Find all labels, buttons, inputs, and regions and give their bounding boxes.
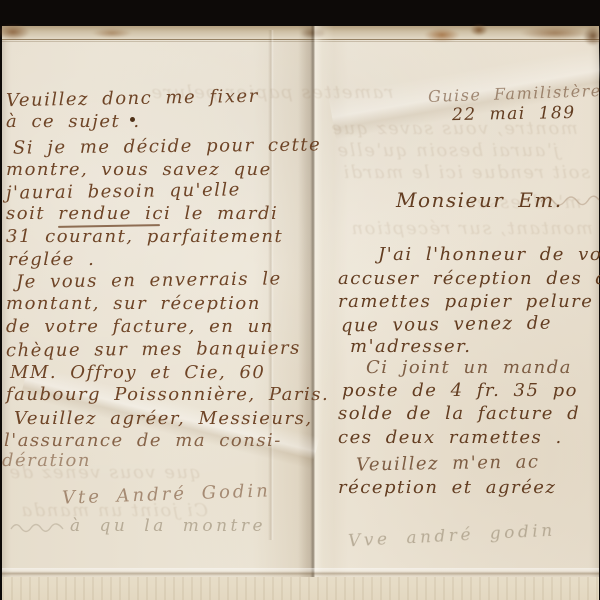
handwritten-line: que vous venez de — [341, 315, 552, 336]
handwritten-line: Veuillez m'en ac — [356, 453, 540, 474]
handwritten-line: chèque sur mes banquiers — [6, 340, 301, 361]
pencil-note: à qu la montre — [70, 516, 266, 536]
handwritten-line: J'ai l'honneur de vo — [378, 246, 600, 264]
handwritten-line: solde de la facture d — [338, 405, 580, 423]
foxing-stain — [424, 28, 460, 42]
dateline-date: 22 mai 189 — [452, 105, 576, 124]
handwritten-line: Veuillez donc me fixer — [6, 88, 259, 110]
bleed-through-line: j'aurai besoin qu'elle — [336, 140, 559, 161]
handwritten-line: Ci joint un manda — [366, 359, 572, 377]
foxing-stain — [583, 26, 600, 46]
bleed-through-line: soit rendue ici le mardi — [342, 162, 590, 183]
handwritten-line: j'aurai besoin qu'elle — [6, 181, 241, 202]
center-fold-crease — [298, 26, 334, 600]
handwritten-line: 31 courant, parfaitement — [6, 228, 283, 246]
foxing-stain — [92, 28, 132, 38]
foxing-stain — [520, 26, 590, 40]
ink-blot — [130, 117, 135, 122]
foxing-stain — [470, 24, 488, 36]
handwritten-line: poste de 4 fr. 35 po — [342, 382, 578, 400]
folded-page-below — [2, 577, 599, 600]
handwritten-line: m'adresser. — [350, 338, 472, 356]
handwritten-line: à ce sujet . — [6, 113, 141, 131]
handwritten-line: réglée . — [8, 251, 95, 269]
letter-photograph: ramettes papier pelure montre, vous save… — [0, 0, 600, 600]
handwritten-line: soit rendue ici le mardi — [6, 205, 278, 223]
handwritten-line: dération — [2, 452, 91, 470]
handwritten-line: MM. Offroy et Cie, 60 — [10, 364, 265, 382]
handwritten-line: montre, vous savez que — [6, 161, 272, 179]
handwritten-line: faubourg Poissonnière, Paris. — [6, 386, 329, 404]
handwritten-line: ramettes papier pelure — [338, 293, 593, 311]
handwritten-line: l'assurance de ma consi- — [4, 432, 282, 450]
handwritten-line: Veuillez agréer, Messieurs, — [14, 410, 313, 428]
handwritten-line: accuser réception des deu — [338, 270, 600, 288]
pencil-scribble — [10, 520, 66, 534]
handwritten-line: de votre facture, en un — [6, 318, 274, 336]
handwritten-line: réception et agréez — [338, 479, 556, 497]
handwritten-line: Si je me décide pour cette — [13, 136, 321, 157]
ink-scribble — [540, 192, 600, 208]
bleed-through-line: montant, sur réception — [350, 218, 593, 239]
handwritten-line: Je vous en enverrais le — [16, 270, 282, 291]
salutation: Monsieur Em. — [396, 190, 563, 210]
handwritten-line: ces deux ramettes . — [338, 429, 563, 447]
handwritten-line: montant, sur réception — [6, 295, 261, 313]
bottom-fold-crease — [2, 568, 599, 577]
